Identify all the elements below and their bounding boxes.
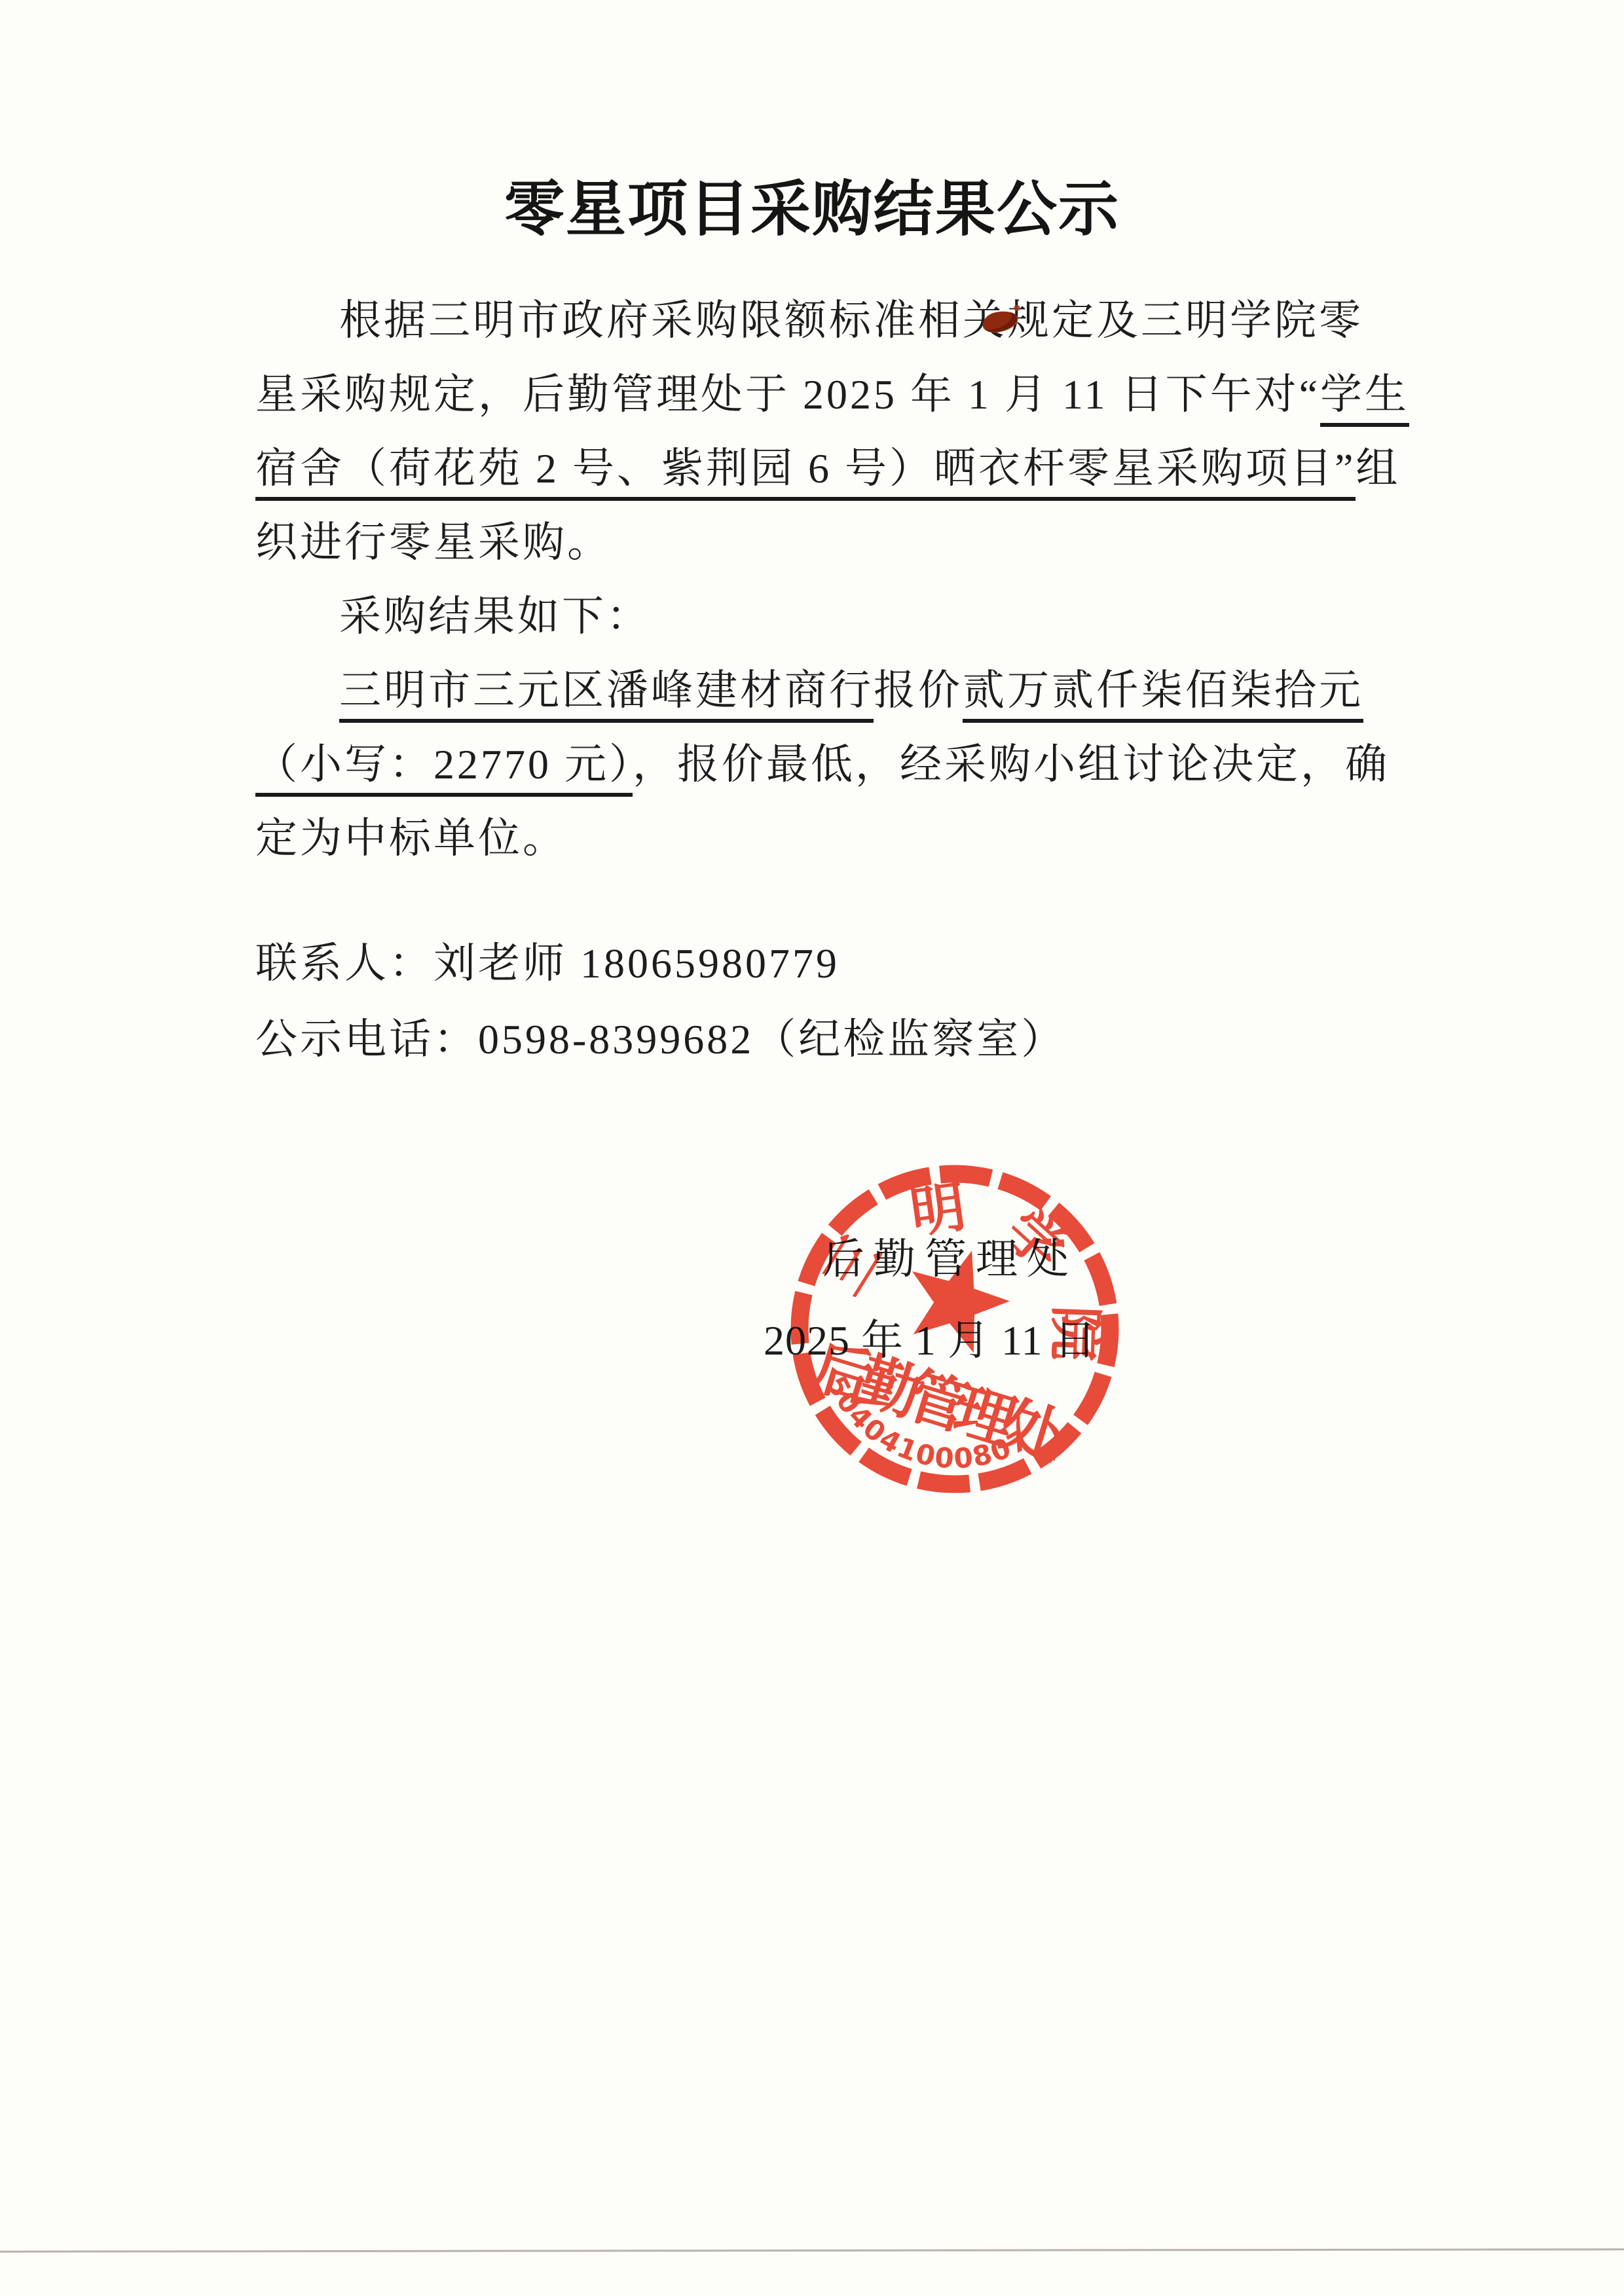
contact-person-line: 联系人：刘老师 18065980779 [255, 930, 1384, 990]
text-run: 星采购规定，后勤管理处于 2025 年 1 月 11 日下午对“ [255, 371, 1320, 418]
star-icon [895, 1236, 1021, 1358]
body-line: 宿舍（荷花苑 2 号、紫荆园 6 号）晒衣杆零星采购项目”组 [255, 435, 1384, 495]
text-run: ，报价最低，经采购小组讨论决定，确 [633, 741, 1390, 788]
underlined-run: 贰万贰仟柒佰柒拾元 [963, 667, 1363, 723]
text-run: 根据三明市政府采购限额标准相关规定及三明学院零 [339, 297, 1363, 344]
underlined-run: （小写：22770 元） [255, 741, 633, 797]
document-title: 零星项目采购结果公示 [0, 161, 1624, 247]
body-line: 根据三明市政府采购限额标准相关规定及三明学院零 [255, 287, 1384, 347]
scanned-document-page: 零星项目采购结果公示 根据三明市政府采购限额标准相关规定及三明学院零 星采购规定… [0, 0, 1624, 2296]
text-run: 定为中标单位。 [255, 815, 567, 862]
scanner-artifact-line [0, 2248, 1624, 2252]
body-line: 织进行零星采购。 [255, 509, 1384, 569]
text-run: 采购结果如下： [339, 593, 651, 640]
underlined-run: 学生 [1320, 371, 1409, 427]
body-line: 星采购规定，后勤管理处于 2025 年 1 月 11 日下午对“学生 [255, 361, 1384, 421]
underlined-run: 三明市三元区潘峰建材商行 [339, 667, 874, 723]
body-line: （小写：22770 元），报价最低，经采购小组讨论决定，确 [255, 731, 1384, 791]
official-seal: 三 明 学 院 后勤管理处 35040410008078 [758, 1133, 1151, 1525]
text-run: 报价 [874, 667, 963, 714]
seal-org-char: 院 [1043, 1305, 1105, 1362]
body-line: 三明市三元区潘峰建材商行报价贰万贰仟柒佰柒拾元 [255, 657, 1384, 717]
text-run: 织进行零星采购。 [255, 519, 612, 566]
seal-org-char: 明 [907, 1176, 970, 1245]
underlined-run: 宿舍（荷花苑 2 号、紫荆园 6 号）晒衣杆零星采购项目” [255, 445, 1356, 501]
body-line: 定为中标单位。 [255, 805, 1384, 865]
text-run: 组 [1356, 445, 1400, 492]
red-ink-speck [1014, 305, 1020, 311]
public-phone-line: 公示电话：0598-8399682（纪检监察室） [255, 1006, 1384, 1066]
body-line: 采购结果如下： [255, 583, 1384, 643]
